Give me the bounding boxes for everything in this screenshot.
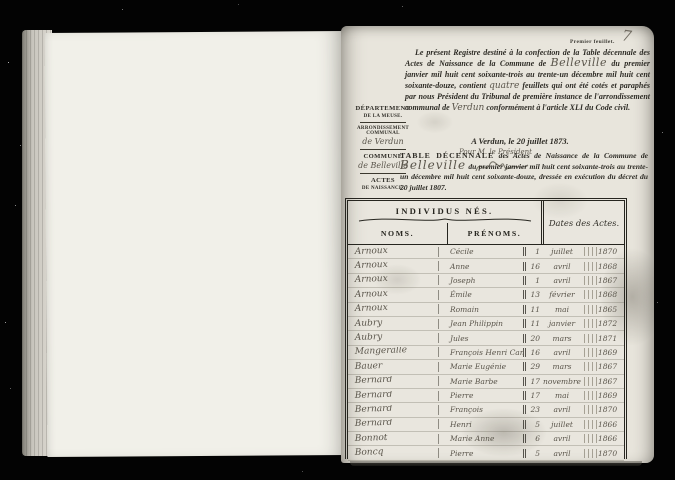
date-ruling-lines bbox=[584, 290, 597, 299]
cell-annee: 1867 bbox=[597, 377, 624, 386]
table-body: Arnoux Cécile 1 juillet 1870 Arnoux Anne… bbox=[348, 245, 624, 461]
cell-prenoms: Jules bbox=[439, 334, 526, 343]
cell-annee: 1871 bbox=[597, 334, 624, 343]
date-ruling-lines bbox=[584, 377, 597, 386]
date-ruling-lines bbox=[584, 391, 597, 400]
cell-annee: 1867 bbox=[597, 362, 624, 371]
cell-annee: 1866 bbox=[597, 434, 624, 443]
handwritten-tribunal-place: Verdun bbox=[452, 103, 485, 113]
cell-jour: 11 bbox=[526, 319, 540, 328]
cell-nom-wrap: Bernard bbox=[348, 405, 439, 415]
cell-nom-wrap: Arnoux bbox=[348, 290, 439, 300]
handwritten-folio-number: 7 bbox=[621, 26, 633, 45]
table-row: Arnoux Joseph 1 avril 1867 bbox=[348, 274, 624, 288]
cell-nom-wrap: Aubry bbox=[348, 319, 439, 329]
individus-header-cell: INDIVIDUS NÉS. NOMS. PRÉNOMS. bbox=[348, 201, 544, 244]
arrondissement-value: de Verdun bbox=[352, 137, 414, 146]
cell-jour: 23 bbox=[526, 405, 540, 414]
date-ruling-lines bbox=[584, 449, 597, 458]
scanned-register-page: Premier feuillet. 7 Le présent Registre … bbox=[0, 0, 675, 480]
cell-nom-wrap: Arnoux bbox=[348, 247, 439, 257]
cell-annee: 1869 bbox=[597, 391, 624, 400]
cell-prenoms: Pierre bbox=[439, 449, 526, 458]
cell-dates: 11 mai 1865 bbox=[526, 305, 624, 314]
cell-nom: Aubry bbox=[355, 319, 383, 329]
blank-left-page bbox=[45, 31, 346, 457]
cell-annee: 1869 bbox=[597, 348, 624, 357]
cell-nom: Mangeralle bbox=[355, 347, 408, 357]
margin-divider bbox=[360, 149, 406, 150]
cell-annee: 1867 bbox=[597, 276, 624, 285]
cell-mois: avril bbox=[540, 276, 584, 285]
table-row: Arnoux Émile 13 février 1868 bbox=[348, 288, 624, 302]
table-row: Aubry Jean Philippin 11 janvier 1872 bbox=[348, 317, 624, 331]
births-index-table: INDIVIDUS NÉS. NOMS. PRÉNOMS. Dates des … bbox=[345, 198, 627, 459]
cell-nom-wrap: Mangeralle bbox=[348, 347, 439, 357]
handwritten-commune-name: Belleville bbox=[551, 56, 607, 69]
table-row: Bernard François 23 avril 1870 bbox=[348, 403, 624, 417]
cell-prenoms: Anne bbox=[439, 262, 526, 271]
cell-dates: 5 avril 1870 bbox=[526, 449, 624, 458]
cell-prenoms: Marie Anne bbox=[439, 434, 526, 443]
register-right-page: Premier feuillet. 7 Le présent Registre … bbox=[341, 26, 654, 463]
certification-paragraph: Le présent Registre destiné à la confect… bbox=[405, 47, 650, 113]
dateline: A Verdun, le 20 juillet 1873. bbox=[405, 136, 635, 146]
departement-label: DÉPARTEMENT bbox=[352, 105, 414, 112]
cell-dates: 23 avril 1870 bbox=[526, 405, 624, 414]
cell-dates: 20 mars 1871 bbox=[526, 334, 624, 343]
arrondissement-label: ARRONDISSEMENT COMMUNAL bbox=[352, 126, 414, 136]
cell-mois: juillet bbox=[540, 420, 584, 429]
column-header-dates: Dates des Actes. bbox=[544, 201, 624, 244]
cell-prenoms: Marie Eugénie bbox=[439, 362, 526, 371]
cell-dates: 16 avril 1868 bbox=[526, 262, 624, 271]
table-row: Arnoux Anne 16 avril 1868 bbox=[348, 259, 624, 273]
individus-nes-heading: INDIVIDUS NÉS. bbox=[348, 206, 541, 216]
cell-annee: 1870 bbox=[597, 405, 624, 414]
cell-dates: 17 novembre 1867 bbox=[526, 377, 624, 386]
cell-nom-wrap: Boncq bbox=[348, 448, 439, 458]
cell-nom-wrap: Bernard bbox=[348, 376, 439, 386]
cell-annee: 1868 bbox=[597, 290, 624, 299]
cell-nom: Aubry bbox=[355, 333, 383, 343]
cell-nom-wrap: Bernard bbox=[348, 419, 439, 429]
cell-jour: 5 bbox=[526, 449, 540, 458]
date-ruling-lines bbox=[584, 319, 597, 328]
cell-dates: 1 juillet 1870 bbox=[526, 247, 624, 256]
cell-mois: avril bbox=[540, 449, 584, 458]
cell-nom: Bernard bbox=[355, 405, 393, 415]
cell-nom: Bonnot bbox=[355, 434, 388, 444]
cell-nom: Bernard bbox=[355, 376, 393, 386]
cell-annee: 1865 bbox=[597, 305, 624, 314]
date-ruling-lines bbox=[584, 334, 597, 343]
departement-value: DE LA MEUSE. bbox=[352, 114, 414, 119]
table-row: Boncq Pierre 5 avril 1870 bbox=[348, 446, 624, 460]
cell-dates: 13 février 1868 bbox=[526, 290, 624, 299]
table-row: Arnoux Romain 11 mai 1865 bbox=[348, 303, 624, 317]
cell-jour: 13 bbox=[526, 290, 540, 299]
subheader-row: NOMS. PRÉNOMS. bbox=[348, 223, 541, 244]
cell-dates: 6 avril 1866 bbox=[526, 434, 624, 443]
cell-prenoms: Romain bbox=[439, 305, 526, 314]
cell-prenoms: Cécile bbox=[439, 247, 526, 256]
cell-nom-wrap: Bonnot bbox=[348, 434, 439, 444]
cell-mois: novembre bbox=[540, 377, 584, 386]
certification-seg4: conformément à l'article XLI du Code civ… bbox=[486, 103, 630, 112]
cell-nom-wrap: Arnoux bbox=[348, 275, 439, 285]
cell-nom: Boncq bbox=[355, 448, 384, 458]
cell-mois: avril bbox=[540, 434, 584, 443]
cell-mois: avril bbox=[540, 348, 584, 357]
scan-dust-speckles bbox=[0, 0, 1, 1]
column-header-prenoms: PRÉNOMS. bbox=[448, 223, 541, 244]
cell-nom: Arnoux bbox=[355, 247, 388, 257]
cell-prenoms: Joseph bbox=[439, 276, 526, 285]
date-ruling-lines bbox=[584, 305, 597, 314]
cell-mois: mars bbox=[540, 362, 584, 371]
cell-prenoms: Émile bbox=[439, 290, 526, 299]
cell-nom-wrap: Arnoux bbox=[348, 261, 439, 271]
column-header-noms: NOMS. bbox=[348, 223, 448, 244]
cell-jour: 1 bbox=[526, 247, 540, 256]
date-ruling-lines bbox=[584, 348, 597, 357]
cell-dates: 11 janvier 1872 bbox=[526, 319, 624, 328]
date-ruling-lines bbox=[584, 420, 597, 429]
cell-dates: 1 avril 1867 bbox=[526, 276, 624, 285]
date-ruling-lines bbox=[584, 247, 597, 256]
handwritten-feuillet-count: quatre bbox=[489, 81, 519, 91]
cell-jour: 17 bbox=[526, 377, 540, 386]
cell-prenoms: Henri bbox=[439, 420, 526, 429]
cell-mois: mars bbox=[540, 334, 584, 343]
cell-nom: Bauer bbox=[355, 362, 383, 372]
cell-dates: 16 avril 1869 bbox=[526, 348, 624, 357]
cell-nom-wrap: Bauer bbox=[348, 362, 439, 372]
cell-nom: Arnoux bbox=[355, 290, 388, 300]
cell-annee: 1870 bbox=[597, 449, 624, 458]
decorative-wavy-rule bbox=[355, 216, 535, 223]
date-ruling-lines bbox=[584, 434, 597, 443]
cell-annee: 1870 bbox=[597, 247, 624, 256]
page-bottom-edge bbox=[350, 461, 642, 466]
cell-nom: Bernard bbox=[355, 419, 393, 429]
cell-nom: Bernard bbox=[355, 391, 393, 401]
cell-prenoms: François Henri Camille bbox=[439, 348, 526, 357]
cell-annee: 1866 bbox=[597, 420, 624, 429]
folio-marker: Premier feuillet. bbox=[570, 39, 615, 45]
table-row: Aubry Jules 20 mars 1871 bbox=[348, 331, 624, 345]
date-ruling-lines bbox=[584, 362, 597, 371]
table-title-seg1: des Actes de Naissance de la Commune de bbox=[499, 151, 648, 160]
cell-mois: février bbox=[540, 290, 584, 299]
cell-jour: 29 bbox=[526, 362, 540, 371]
cell-mois: avril bbox=[540, 405, 584, 414]
cell-nom: Arnoux bbox=[355, 304, 388, 314]
table-decennale-title: TABLE DÉCENNALE des Actes de Naissance d… bbox=[400, 151, 648, 193]
cell-jour: 16 bbox=[526, 262, 540, 271]
cell-mois: juillet bbox=[540, 247, 584, 256]
cell-dates: 5 juillet 1866 bbox=[526, 420, 624, 429]
table-row: Bonnot Marie Anne 6 avril 1866 bbox=[348, 432, 624, 446]
cell-nom: Arnoux bbox=[355, 261, 388, 271]
handwritten-commune-name-2: Belleville bbox=[400, 158, 466, 172]
cell-jour: 16 bbox=[526, 348, 540, 357]
table-row: Bauer Marie Eugénie 29 mars 1867 bbox=[348, 360, 624, 374]
cell-nom-wrap: Arnoux bbox=[348, 304, 439, 314]
table-row: Arnoux Cécile 1 juillet 1870 bbox=[348, 245, 624, 259]
table-row: Bernard Marie Barbe 17 novembre 1867 bbox=[348, 375, 624, 389]
table-row: Bernard Henri 5 juillet 1866 bbox=[348, 418, 624, 432]
cell-mois: mai bbox=[540, 391, 584, 400]
cell-prenoms: Pierre bbox=[439, 391, 526, 400]
cell-jour: 6 bbox=[526, 434, 540, 443]
cell-annee: 1872 bbox=[597, 319, 624, 328]
cell-mois: janvier bbox=[540, 319, 584, 328]
cell-jour: 5 bbox=[526, 420, 540, 429]
cell-mois: mai bbox=[540, 305, 584, 314]
cell-jour: 1 bbox=[526, 276, 540, 285]
cell-mois: avril bbox=[540, 262, 584, 271]
table-row: Bernard Pierre 17 mai 1869 bbox=[348, 389, 624, 403]
date-ruling-lines bbox=[584, 276, 597, 285]
cell-prenoms: François bbox=[439, 405, 526, 414]
cell-jour: 17 bbox=[526, 391, 540, 400]
cell-nom: Arnoux bbox=[355, 275, 388, 285]
date-ruling-lines bbox=[584, 262, 597, 271]
cell-jour: 11 bbox=[526, 305, 540, 314]
table-header: INDIVIDUS NÉS. NOMS. PRÉNOMS. Dates des … bbox=[348, 201, 624, 245]
cell-nom-wrap: Bernard bbox=[348, 391, 439, 401]
margin-divider bbox=[360, 122, 406, 123]
cell-nom-wrap: Aubry bbox=[348, 333, 439, 343]
cell-jour: 20 bbox=[526, 334, 540, 343]
cell-dates: 17 mai 1869 bbox=[526, 391, 624, 400]
cell-prenoms: Jean Philippin bbox=[439, 319, 526, 328]
table-row: Mangeralle François Henri Camille 16 avr… bbox=[348, 346, 624, 360]
date-ruling-lines bbox=[584, 405, 597, 414]
cell-prenoms: Marie Barbe bbox=[439, 377, 526, 386]
cell-dates: 29 mars 1867 bbox=[526, 362, 624, 371]
cell-annee: 1868 bbox=[597, 262, 624, 271]
